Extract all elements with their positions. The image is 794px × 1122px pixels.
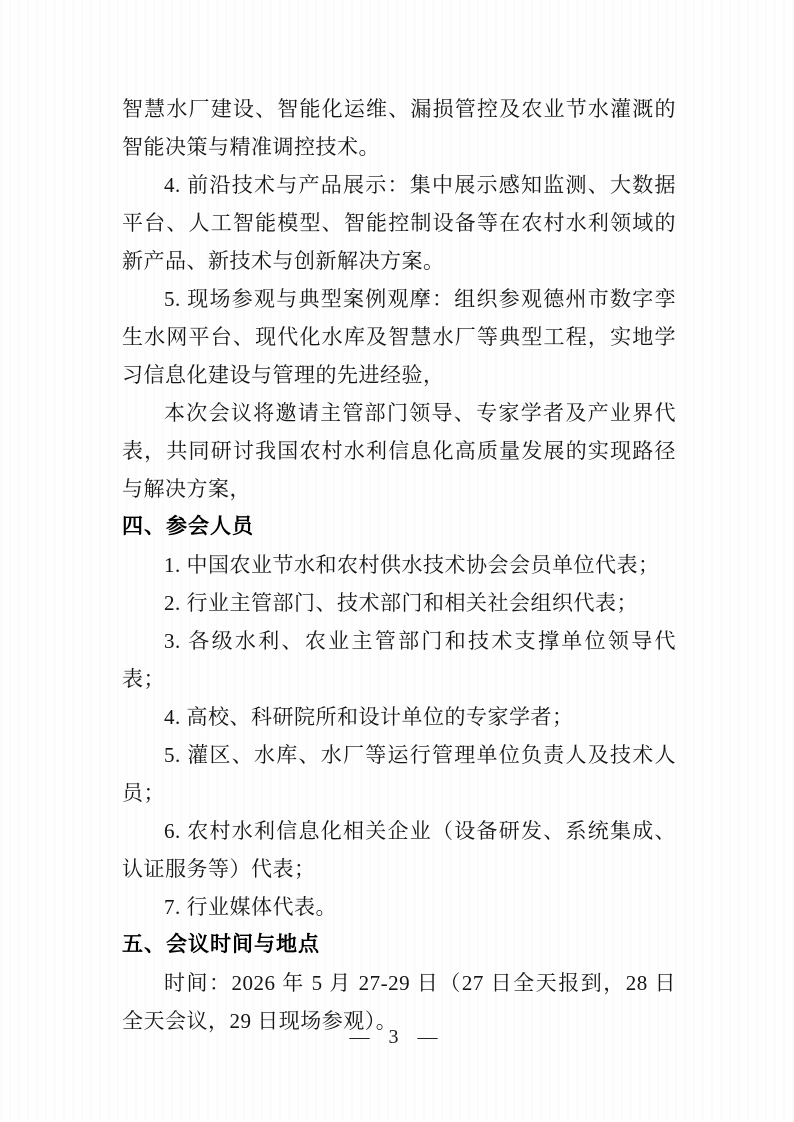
document-body: 智慧水厂建设、智能化运维、漏损管控及农业节水灌溉的智能决策与精准调控技术。 4.… [122,90,676,1040]
page-number: — 3 — [0,1026,794,1049]
participant-item-4: 4. 高校、科研院所和设计单位的专家学者； [122,698,676,736]
paragraph-continuation: 智慧水厂建设、智能化运维、漏损管控及农业节水灌溉的智能决策与精准调控技术。 [122,90,676,166]
paragraph-invitation: 本次会议将邀请主管部门领导、专家学者及产业界代表，共同研讨我国农村水利信息化高质… [122,394,676,508]
paragraph-item-5-site-visit: 5. 现场参观与典型案例观摩：组织参观德州市数字孪生水网平台、现代化水库及智慧水… [122,280,676,394]
participant-item-5: 5. 灌区、水库、水厂等运行管理单位负责人及技术人员； [122,736,676,812]
document-page: 智慧水厂建设、智能化运维、漏损管控及农业节水灌溉的智能决策与精准调控技术。 4.… [0,0,794,1122]
participant-item-7: 7. 行业媒体代表。 [122,888,676,926]
participant-item-1: 1. 中国农业节水和农村供水技术协会会员单位代表； [122,546,676,584]
section-heading-time-location: 五、会议时间与地点 [122,926,676,964]
participant-item-6: 6. 农村水利信息化相关企业（设备研发、系统集成、认证服务等）代表； [122,812,676,888]
section-heading-participants: 四、参会人员 [122,508,676,546]
participant-item-2: 2. 行业主管部门、技术部门和相关社会组织代表； [122,584,676,622]
paragraph-item-4-tech-exhibit: 4. 前沿技术与产品展示：集中展示感知监测、大数据平台、人工智能模型、智能控制设… [122,166,676,280]
participant-item-3: 3. 各级水利、农业主管部门和技术支撑单位领导代表； [122,622,676,698]
